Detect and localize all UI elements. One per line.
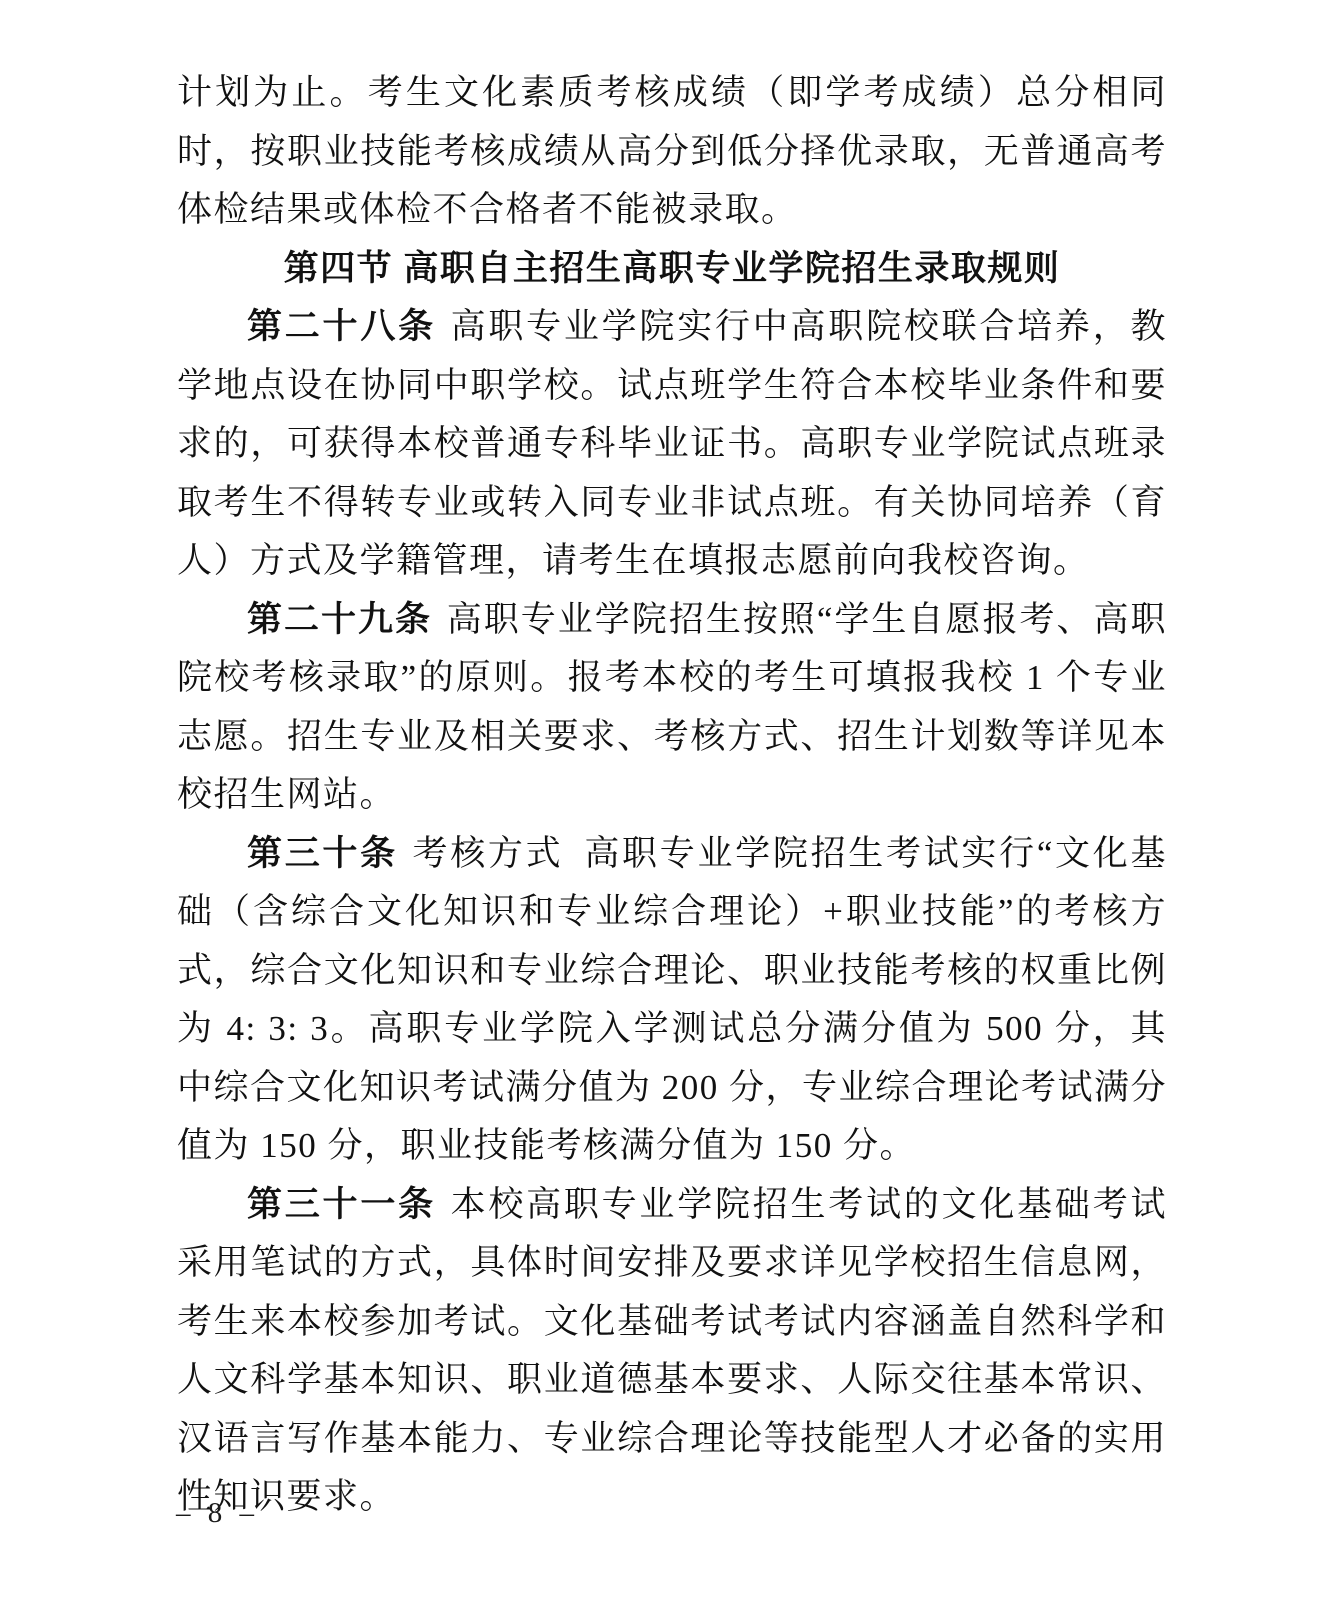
- article-28: 第二十八条高职专业学院实行中高职院校联合培养，教学地点设在协同中职学校。试点班学…: [177, 298, 1167, 591]
- article-number: 第三十一条: [247, 1185, 436, 1224]
- article-number: 第二十八条: [247, 307, 436, 346]
- article-31: 第三十一条本校高职专业学院招生考试的文化基础考试采用笔试的方式，具体时间安排及要…: [177, 1176, 1167, 1527]
- article-number: 第二十九条: [247, 600, 432, 639]
- article-body: 高职专业学院实行中高职院校联合培养，教学地点设在协同中职学校。试点班学生符合本校…: [177, 307, 1167, 580]
- article-30: 第三十条考核方式高职专业学院招生考试实行“文化基础（含综合文化知识和专业综合理论…: [177, 825, 1167, 1176]
- document-body: 计划为止。考生文化素质考核成绩（即学考成绩）总分相同时，按职业技能考核成绩从高分…: [177, 64, 1167, 1527]
- article-29: 第二十九条高职专业学院招生按照“学生自愿报考、高职院校考核录取”的原则。报考本校…: [177, 591, 1167, 825]
- document-page: 计划为止。考生文化素质考核成绩（即学考成绩）总分相同时，按职业技能考核成绩从高分…: [0, 0, 1342, 1599]
- article-body: 高职专业学院招生考试实行“文化基础（含综合文化知识和专业综合理论）+职业技能”的…: [177, 834, 1167, 1166]
- section-heading: 第四节 高职自主招生高职专业学院招生录取规则: [177, 240, 1167, 299]
- paragraph-continuation: 计划为止。考生文化素质考核成绩（即学考成绩）总分相同时，按职业技能考核成绩从高分…: [177, 64, 1167, 240]
- article-label: 考核方式: [413, 834, 564, 873]
- page-number: – 8 –: [176, 1493, 259, 1533]
- article-body: 本校高职专业学院招生考试的文化基础考试采用笔试的方式，具体时间安排及要求详见学校…: [177, 1185, 1167, 1517]
- article-number: 第三十条: [247, 834, 398, 873]
